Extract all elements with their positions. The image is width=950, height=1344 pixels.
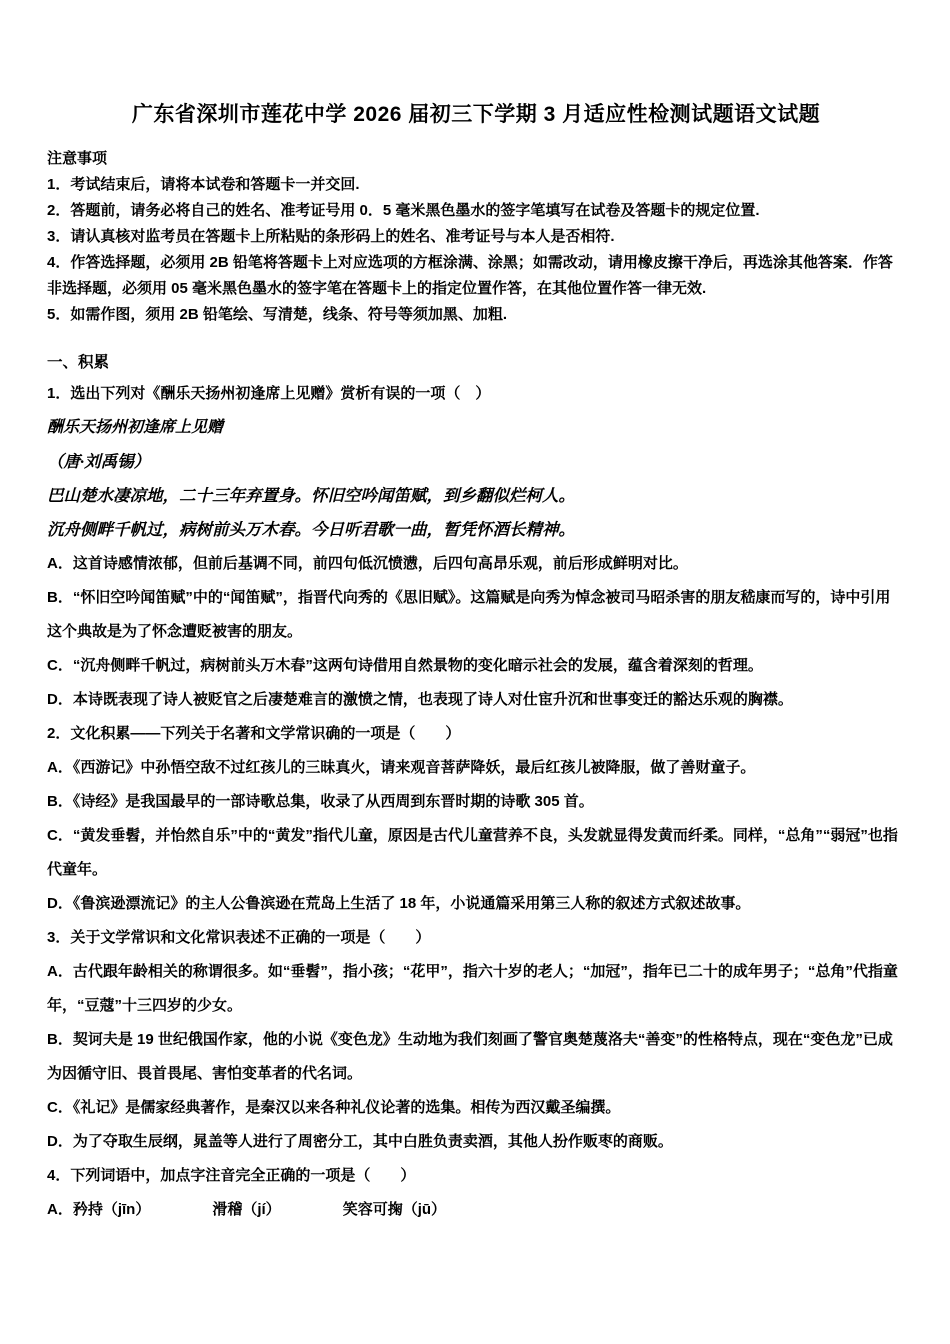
- q2-option-a: A．《西游记》中孙悟空敌不过红孩儿的三昧真火，请来观音菩萨降妖，最后红孩儿被降服…: [47, 751, 905, 785]
- q1-option-b: B．“怀旧空吟闻笛赋”中的“闻笛赋”，指晋代向秀的《思旧赋》。这篇赋是向秀为悼念…: [47, 581, 905, 649]
- q4-word-2: 滑稽（jí）: [212, 1193, 280, 1227]
- q4-word-1: 矜持（jīn）: [73, 1193, 151, 1227]
- questions-area: 1．选出下列对《酬乐天扬州初逢席上见赠》赏析有误的一项（ ） 酬乐天扬州初逢席上…: [47, 377, 905, 1227]
- notice-item-3: 3．请认真核对监考员在答题卡上所粘贴的条形码上的姓名、准考证号与本人是否相符.: [47, 224, 905, 250]
- q3-option-b: B．契诃夫是 19 世纪俄国作家，他的小说《变色龙》生动地为我们刻画了警官奥楚蔑…: [47, 1023, 905, 1091]
- q2-option-b: B．《诗经》是我国最早的一部诗歌总集，收录了从西周到东晋时期的诗歌 305 首。: [47, 785, 905, 819]
- notice-item-5: 5．如需作图，须用 2B 铅笔绘、写清楚，线条、符号等须加黑、加粗.: [47, 302, 905, 328]
- notice-item-4: 4．作答选择题，必须用 2B 铅笔将答题卡上对应选项的方框涂满、涂黑；如需改动，…: [47, 250, 905, 302]
- exam-page: 广东省深圳市莲花中学 2026 届初三下学期 3 月适应性检测试题语文试题 注意…: [0, 0, 950, 1344]
- q4-stem: 4．下列词语中，加点字注音完全正确的一项是（ ）: [47, 1159, 905, 1193]
- poem-line-1: 巴山楚水凄凉地，二十三年弃置身。怀旧空吟闻笛赋，到乡翻似烂柯人。: [47, 479, 905, 513]
- q1-option-c: C．“沉舟侧畔千帆过，病树前头万木春”这两句诗借用自然景物的变化暗示社会的发展，…: [47, 649, 905, 683]
- notice-section: 注意事项 1．考试结束后，请将本试卷和答题卡一并交回. 2．答题前，请务必将自己…: [47, 146, 905, 328]
- poem-author: （唐·刘禹锡）: [47, 445, 905, 479]
- q3-stem: 3．关于文学常识和文化常识表述不正确的一项是（ ）: [47, 921, 905, 955]
- q4-word-3: 笑容可掬（jū）: [343, 1193, 446, 1227]
- q2-option-c: C．“黄发垂髫，并怡然自乐”中的“黄发”指代儿童，原因是古代儿童营养不良，头发就…: [47, 819, 905, 887]
- q1-stem: 1．选出下列对《酬乐天扬州初逢席上见赠》赏析有误的一项（ ）: [47, 377, 905, 411]
- exam-title: 广东省深圳市莲花中学 2026 届初三下学期 3 月适应性检测试题语文试题: [47, 100, 905, 130]
- poem-line-2: 沉舟侧畔千帆过，病树前头万木春。今日听君歌一曲，暂凭怀酒长精神。: [47, 513, 905, 547]
- q1-option-a: A．这首诗感情浓郁，但前后基调不同，前四句低沉愤懑，后四句高昂乐观，前后形成鲜明…: [47, 547, 905, 581]
- section-heading: 一、积累: [47, 349, 905, 377]
- q4-option-a: A． 矜持（jīn） 滑稽（jí） 笑容可掬（jū）: [47, 1193, 905, 1227]
- notice-item-2: 2．答题前，请务必将自己的姓名、准考证号用 0．5 毫米黑色墨水的签字笔填写在试…: [47, 198, 905, 224]
- notice-item-1: 1．考试结束后，请将本试卷和答题卡一并交回.: [47, 172, 905, 198]
- q3-option-a: A．古代跟年龄相关的称谓很多。如“垂髫”，指小孩；“花甲”，指六十岁的老人；“加…: [47, 955, 905, 1023]
- q2-option-d: D．《鲁滨逊漂流记》的主人公鲁滨逊在荒岛上生活了 18 年，小说通篇采用第三人称…: [47, 887, 905, 921]
- q3-option-d: D．为了夺取生辰纲，晁盖等人进行了周密分工，其中白胜负责卖酒，其他人扮作贩枣的商…: [47, 1125, 905, 1159]
- q4-option-a-label: A．: [47, 1193, 73, 1227]
- poem-title: 酬乐天扬州初逢席上见赠: [47, 411, 905, 445]
- q1-option-d: D．本诗既表现了诗人被贬官之后凄楚难言的激愤之情，也表现了诗人对仕宦升沉和世事变…: [47, 683, 905, 717]
- q3-option-c: C．《礼记》是儒家经典著作，是秦汉以来各种礼仪论著的选集。相传为西汉戴圣编撰。: [47, 1091, 905, 1125]
- notice-heading: 注意事项: [47, 146, 905, 172]
- q2-stem: 2．文化积累——下列关于名著和文学常识确的一项是（ ）: [47, 717, 905, 751]
